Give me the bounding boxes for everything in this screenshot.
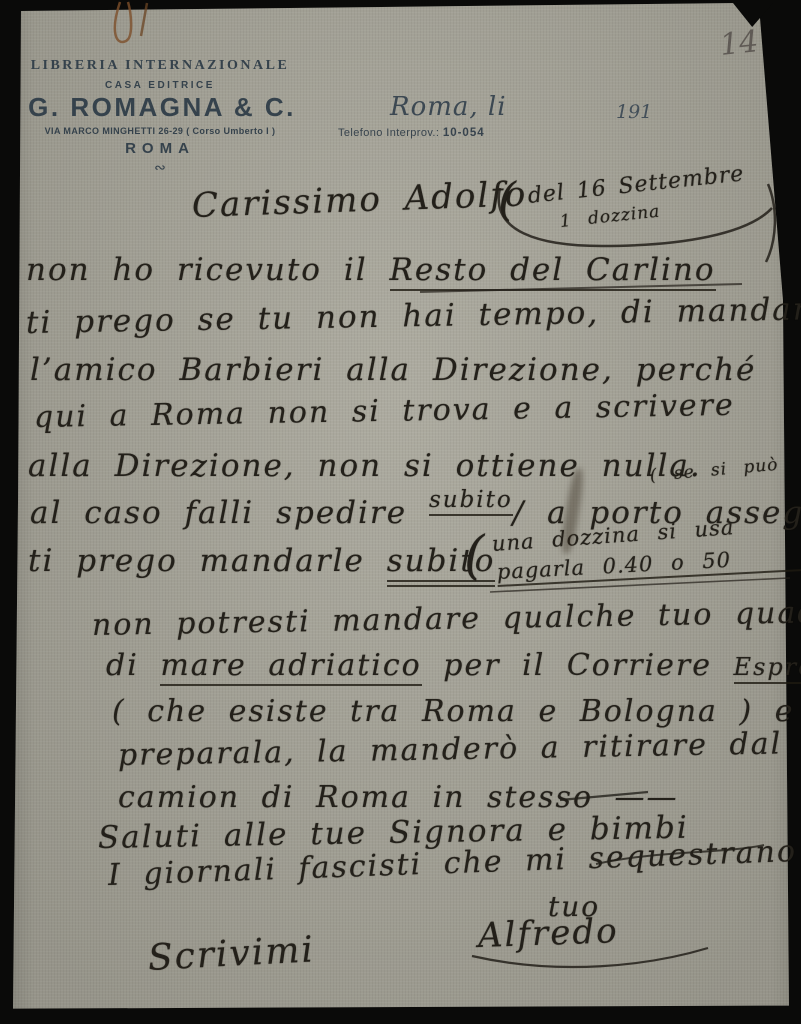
scan-background: 14 LIBRERIA INTERNAZIONALE CASA EDITRICE… — [0, 0, 801, 1024]
body-line-6: alla Direzione, non si ottiene nulla. — [28, 448, 702, 484]
body-line-4: l’amico Barbieri alla Direzione, perché — [30, 352, 756, 388]
letterhead-company-name: G. ROMAGNA & C. — [22, 92, 302, 123]
line7-text: al caso falli spedire — [30, 495, 407, 531]
letterhead-address: VIA MARCO MINGHETTI 26-29 ( Corso Umbert… — [30, 126, 290, 136]
dateline-year: 191 — [616, 101, 652, 123]
annotation-paren: ( — [498, 172, 518, 226]
line2-text: non ho ricevuto il — [26, 252, 368, 288]
newspaper-title: Resto del Carlino — [390, 252, 716, 291]
caret-slash: ∕ — [513, 495, 525, 531]
signature: Alfredo — [477, 911, 619, 956]
letterhead-ornament: ∾ — [30, 159, 290, 176]
body-line-2: non ho ricevuto il Resto del Carlino — [26, 252, 716, 288]
phone-number: 10-054 — [443, 127, 485, 139]
note-paren-big: ( — [464, 526, 486, 586]
letterhead-libreria: LIBRERIA INTERNAZIONALE — [30, 58, 290, 74]
line10-corriere: per il Corriere — [443, 648, 712, 683]
folio-number: 14 — [718, 24, 760, 63]
body-line-11: ( che esiste tra Roma e Bologna ) e così — [112, 694, 801, 729]
postscript-scrivimi: Scrivimi — [147, 929, 316, 979]
body-line-13: camion di Roma in stesso —— — [118, 780, 679, 815]
phone-label: Telefono Interprov.: — [338, 127, 443, 139]
body-line-8: ti prego mandarle subito — [28, 543, 495, 587]
line10-text: di — [106, 648, 139, 683]
underlined-mare-adriatico: mare adriatico — [160, 648, 421, 686]
inserted-subito: subito — [429, 487, 513, 516]
line8-text: ti prego mandarle — [28, 543, 365, 579]
body-line-10: di mare adriatico per il Corriere Espres… — [106, 648, 801, 683]
dateline-place: Roma, li — [390, 92, 507, 122]
underlined-espresso: Espresso — [734, 653, 801, 684]
letterhead-city: ROMA — [30, 140, 290, 157]
letterhead-phone: Telefono Interprov.: 10-054 — [338, 127, 485, 139]
letterhead-casa-editrice: CASA EDITRICE — [30, 80, 290, 91]
